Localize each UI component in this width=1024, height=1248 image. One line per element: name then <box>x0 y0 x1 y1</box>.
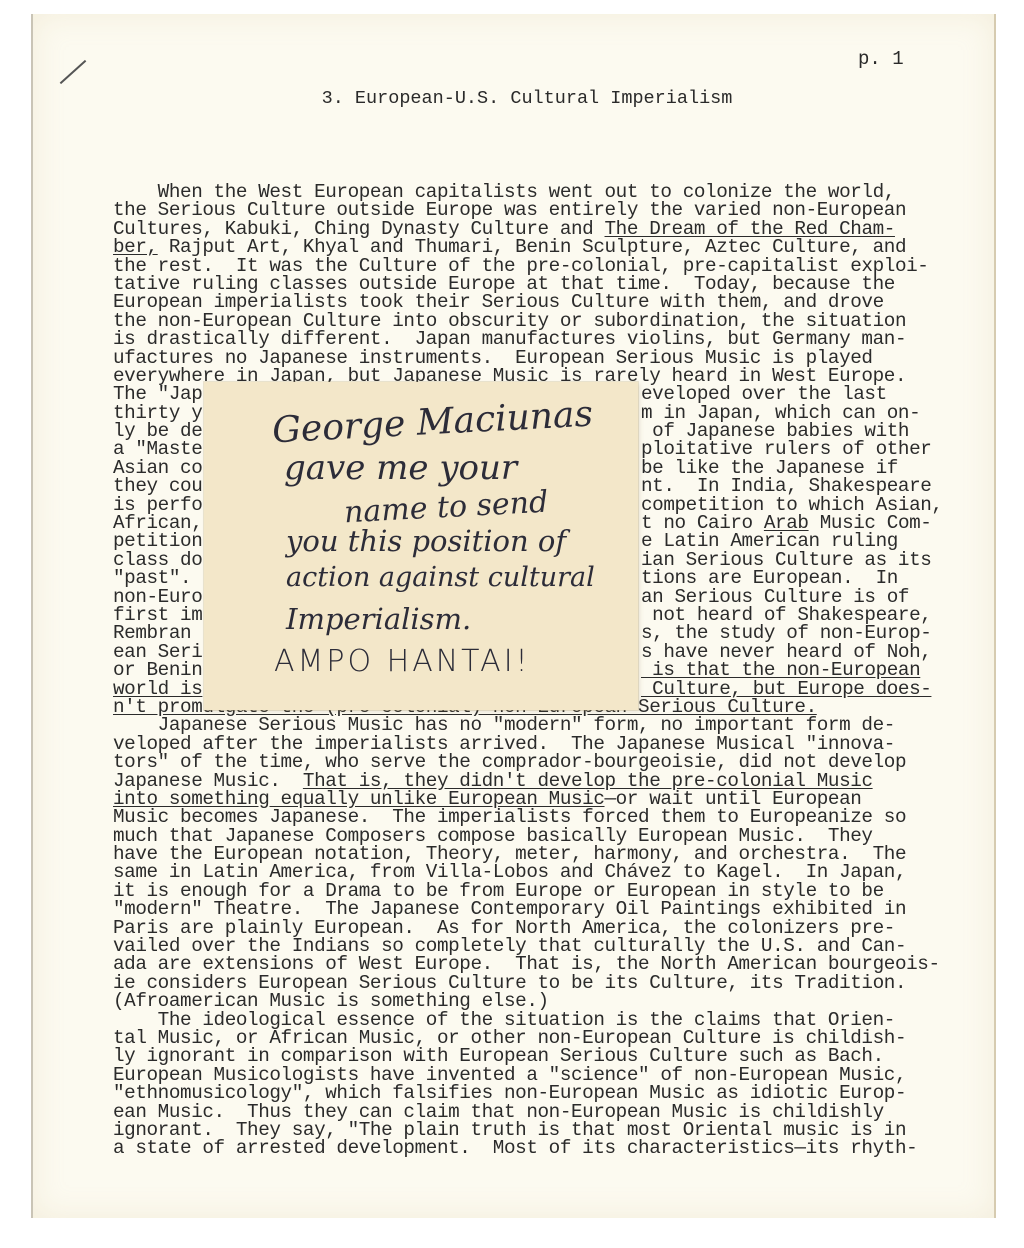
note-line: you this position of <box>286 524 566 558</box>
text-fragment-right: eveloped over the last <box>641 385 887 403</box>
note-line: action against cultural <box>286 562 595 593</box>
page-number: p. 1 <box>858 48 904 70</box>
note-line: AMPO HANTAI! <box>274 644 531 679</box>
document-title: 3. European-U.S. Cultural Imperialism <box>0 88 1024 109</box>
text-span: a state of arrested development. Most of… <box>113 1137 917 1159</box>
text-line: a state of arrested development. Most of… <box>113 1139 940 1157</box>
note-line: gave me your <box>284 448 517 488</box>
text-fragment-right: nt. In India, Shakespeare <box>641 477 931 495</box>
text-fragment-right: tions are European. In <box>641 569 898 587</box>
note-line: Imperialism. <box>286 602 471 636</box>
note-line: George Maciunas <box>271 394 594 452</box>
handwritten-note: George Maciunas gave me your name to sen… <box>204 382 638 710</box>
